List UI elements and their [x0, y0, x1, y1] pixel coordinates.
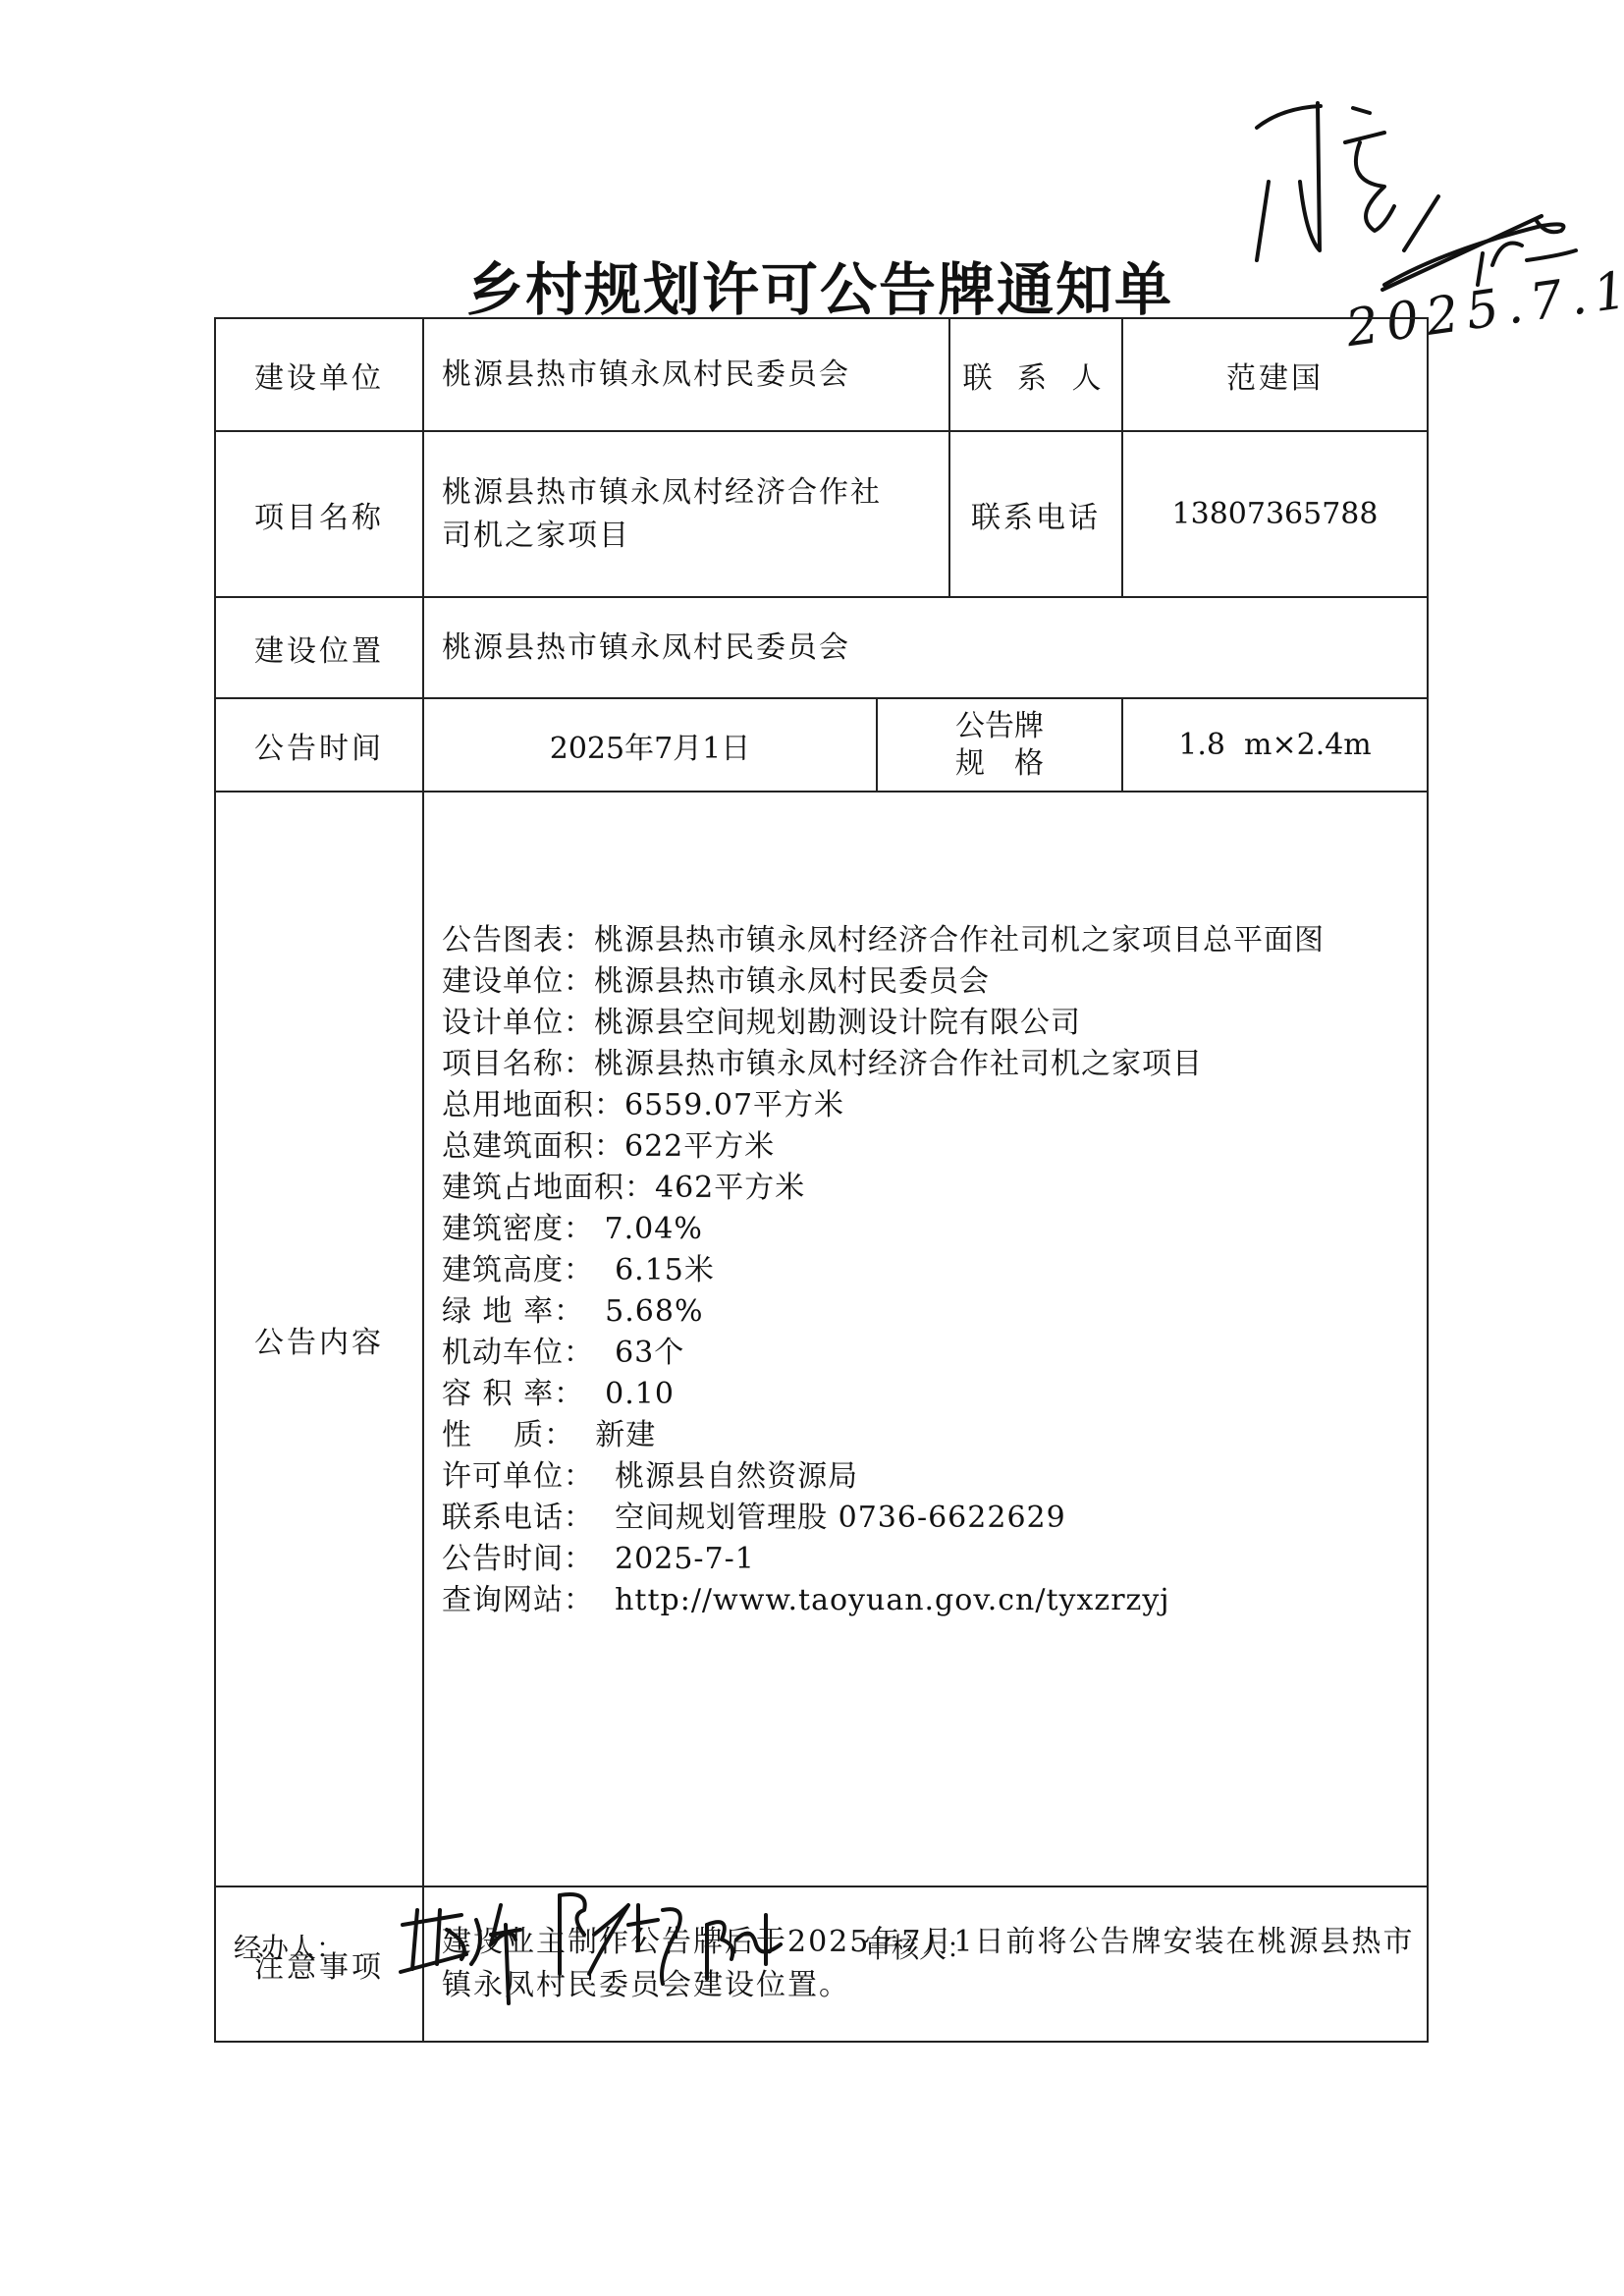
row-content: 公告内容 公告图表：桃源县热市镇永凤村经济合作社司机之家项目总平面图 建设单位：… [215, 792, 1428, 1886]
content-line: 建筑密度： 7.04% [442, 1209, 1427, 1250]
project-name-value: 桃源县热市镇永凤村经济合作社 司机之家项目 [423, 431, 949, 597]
construction-unit-value: 桃源县热市镇永凤村民委员会 [423, 318, 949, 431]
content-line: 性 质： 新建 [442, 1415, 1427, 1456]
document-title: 乡村规划许可公告牌通知单 [466, 244, 1173, 326]
content-line: 许可单位： 桃源县自然资源局 [442, 1456, 1427, 1498]
content-label: 公告内容 [215, 792, 423, 1886]
contact-phone-value: 13807365788 [1122, 431, 1428, 597]
content-body: 公告图表：桃源县热市镇永凤村经济合作社司机之家项目总平面图 建设单位：桃源县热市… [423, 792, 1428, 1886]
board-spec-label: 公告牌 规 格 [877, 698, 1122, 792]
reviewer-label: 审核人： [864, 1927, 974, 1966]
row-project-name: 项目名称 桃源县热市镇永凤村经济合作社 司机之家项目 联系电话 13807365… [215, 431, 1428, 597]
project-name-label: 项目名称 [215, 431, 423, 597]
content-line: 总用地面积：6559.07平方米 [442, 1085, 1427, 1126]
content-line: 建设单位：桃源县热市镇永凤村民委员会 [442, 961, 1427, 1003]
handwritten-signature-handler [393, 1886, 864, 2013]
row-notice-time: 公告时间 2025年7月1日 公告牌 规 格 1.8 m×2.4m [215, 698, 1428, 792]
notice-time-value: 2025年7月1日 [423, 698, 877, 792]
content-line: 机动车位： 63个 [442, 1333, 1427, 1374]
location-label: 建设位置 [215, 597, 423, 698]
content-line: 容 积 率： 0.10 [442, 1374, 1427, 1415]
row-location: 建设位置 桃源县热市镇永凤村民委员会 [215, 597, 1428, 698]
content-line: 公告图表：桃源县热市镇永凤村经济合作社司机之家项目总平面图 [442, 920, 1427, 961]
content-line: 总建筑面积：622平方米 [442, 1126, 1427, 1168]
board-spec-value: 1.8 m×2.4m [1122, 698, 1428, 792]
notice-time-label: 公告时间 [215, 698, 423, 792]
board-spec-label-line1: 公告牌 [878, 708, 1121, 745]
content-line: 绿 地 率： 5.68% [442, 1291, 1427, 1333]
handler-label: 经办人： [234, 1927, 344, 1966]
location-value: 桃源县热市镇永凤村民委员会 [423, 597, 1428, 698]
contact-phone-label: 联系电话 [949, 431, 1122, 597]
content-line: 公告时间： 2025-7-1 [442, 1539, 1427, 1580]
content-line: 查询网站： http://www.taoyuan.gov.cn/tyxzrzyj [442, 1580, 1427, 1621]
content-line: 建筑高度： 6.15米 [442, 1250, 1427, 1291]
content-line: 项目名称：桃源县热市镇永凤村经济合作社司机之家项目 [442, 1044, 1427, 1085]
project-name-line2: 司机之家项目 [442, 515, 948, 558]
content-line: 联系电话： 空间规划管理股 0736-6622629 [442, 1498, 1427, 1539]
contact-person-value: 范建国 [1122, 318, 1428, 431]
construction-unit-label: 建设单位 [215, 318, 423, 431]
project-name-line1: 桃源县热市镇永凤村经济合作社 [442, 471, 948, 515]
board-spec-label-line2: 规 格 [878, 745, 1121, 783]
contact-person-label: 联 系 人 [949, 318, 1122, 431]
content-line: 设计单位：桃源县空间规划勘测设计院有限公司 [442, 1003, 1427, 1044]
row-construction-unit: 建设单位 桃源县热市镇永凤村民委员会 联 系 人 范建国 [215, 318, 1428, 431]
content-line: 建筑占地面积：462平方米 [442, 1168, 1427, 1209]
notice-table: 建设单位 桃源县热市镇永凤村民委员会 联 系 人 范建国 项目名称 桃源县热市镇… [214, 317, 1429, 2043]
